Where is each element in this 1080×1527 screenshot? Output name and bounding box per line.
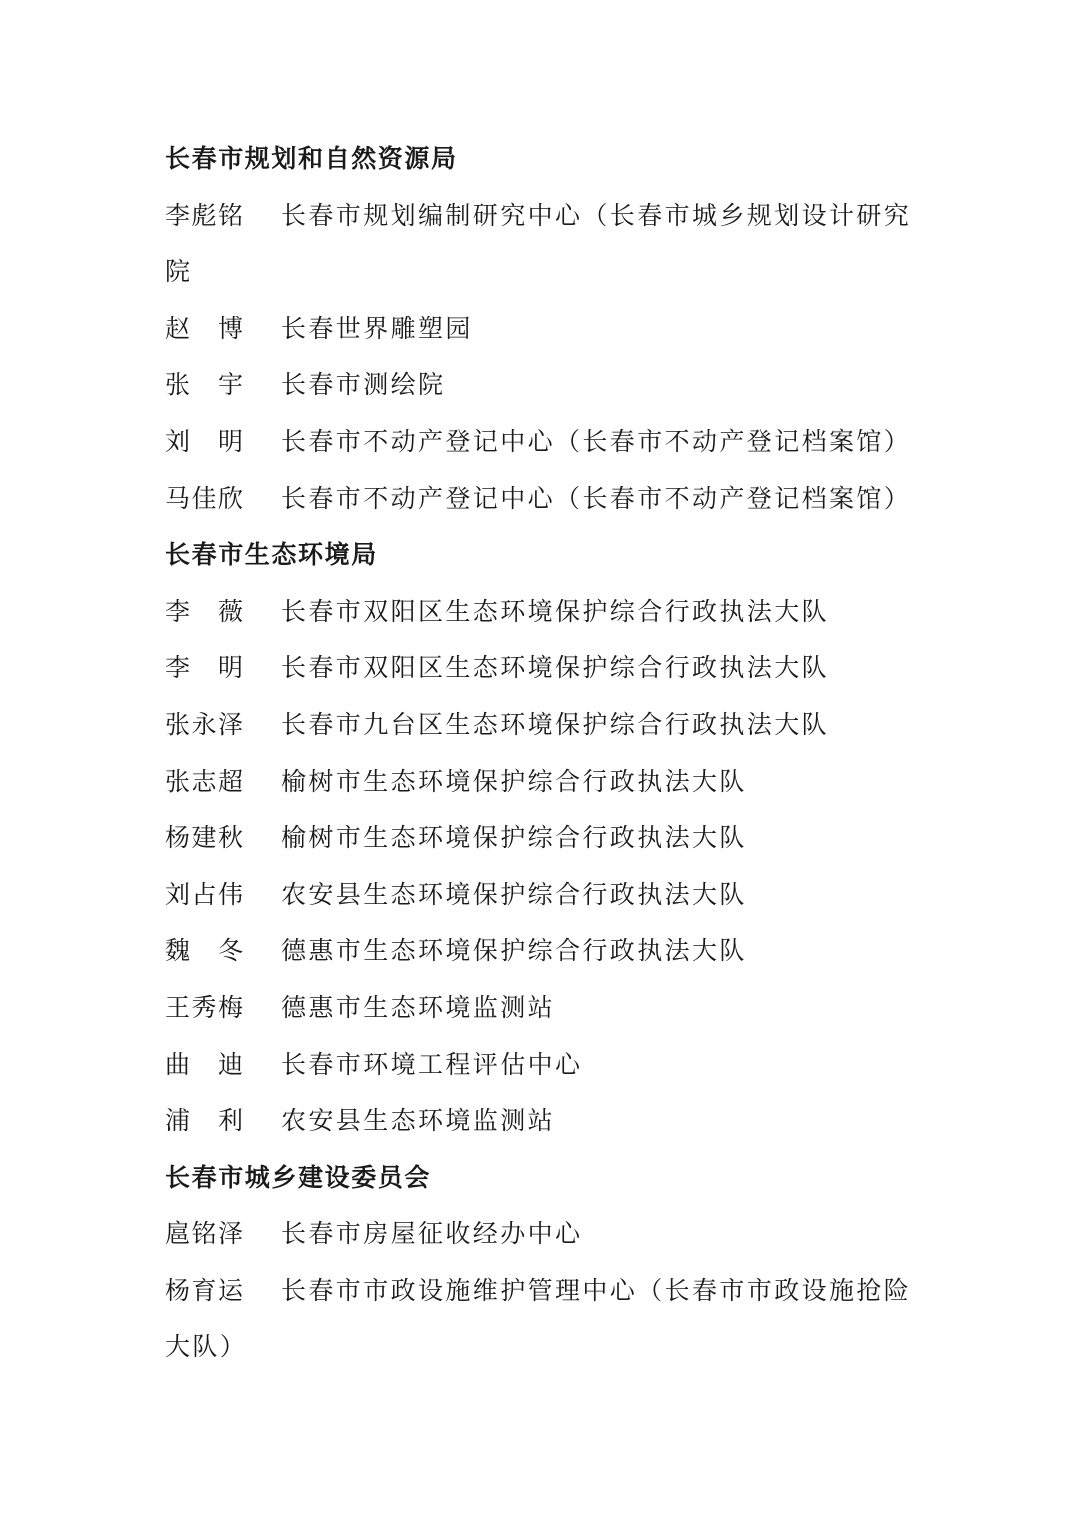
section-title: 长春市生态环境局 xyxy=(165,527,925,584)
person-name: 刘明 xyxy=(165,414,281,471)
organization-continuation: 院 xyxy=(165,244,925,301)
organization: 长春市不动产登记中心（长春市不动产登记档案馆） xyxy=(281,471,911,528)
list-item: 扈铭泽 长春市房屋征收经办中心 xyxy=(165,1206,925,1263)
person-name: 魏冬 xyxy=(165,923,281,980)
organization: 榆树市生态环境保护综合行政执法大队 xyxy=(281,754,747,811)
list-item: 刘占伟 农安县生态环境保护综合行政执法大队 xyxy=(165,867,925,924)
organization: 长春市九台区生态环境保护综合行政执法大队 xyxy=(281,697,829,754)
person-name: 曲迪 xyxy=(165,1037,281,1094)
organization: 长春市双阳区生态环境保护综合行政执法大队 xyxy=(281,584,829,641)
list-item: 马佳欣 长春市不动产登记中心（长春市不动产登记档案馆） xyxy=(165,471,925,528)
person-name: 李薇 xyxy=(165,584,281,641)
list-item: 张永泽 长春市九台区生态环境保护综合行政执法大队 xyxy=(165,697,925,754)
organization: 德惠市生态环境保护综合行政执法大队 xyxy=(281,923,747,980)
organization-continuation: 大队） xyxy=(165,1319,925,1376)
person-name: 马佳欣 xyxy=(165,471,281,528)
person-name: 杨建秋 xyxy=(165,810,281,867)
organization: 长春市房屋征收经办中心 xyxy=(281,1206,582,1263)
person-name: 张志超 xyxy=(165,754,281,811)
organization: 榆树市生态环境保护综合行政执法大队 xyxy=(281,810,747,867)
person-name: 扈铭泽 xyxy=(165,1206,281,1263)
list-item: 魏冬 德惠市生态环境保护综合行政执法大队 xyxy=(165,923,925,980)
organization: 长春市测绘院 xyxy=(281,357,445,414)
person-name: 王秀梅 xyxy=(165,980,281,1037)
list-item: 曲迪 长春市环境工程评估中心 xyxy=(165,1037,925,1094)
organization: 德惠市生态环境监测站 xyxy=(281,980,555,1037)
person-name: 张宇 xyxy=(165,357,281,414)
organization: 长春市不动产登记中心（长春市不动产登记档案馆） xyxy=(281,414,911,471)
list-item: 王秀梅 德惠市生态环境监测站 xyxy=(165,980,925,1037)
organization: 长春市双阳区生态环境保护综合行政执法大队 xyxy=(281,640,829,697)
section-title: 长春市城乡建设委员会 xyxy=(165,1150,925,1207)
list-item: 李彪铭 长春市规划编制研究中心（长春市城乡规划设计研究 xyxy=(165,188,925,245)
person-name: 赵博 xyxy=(165,301,281,358)
organization: 长春市市政设施维护管理中心（长春市市政设施抢险 xyxy=(281,1263,911,1320)
section-title: 长春市规划和自然资源局 xyxy=(165,131,925,188)
person-name: 浦利 xyxy=(165,1093,281,1150)
organization: 长春世界雕塑园 xyxy=(281,301,473,358)
person-name: 张永泽 xyxy=(165,697,281,754)
list-item: 刘明 长春市不动产登记中心（长春市不动产登记档案馆） xyxy=(165,414,925,471)
list-item: 赵博 长春世界雕塑园 xyxy=(165,301,925,358)
person-name: 李明 xyxy=(165,640,281,697)
list-item: 杨育运 长春市市政设施维护管理中心（长春市市政设施抢险 xyxy=(165,1263,925,1320)
person-name: 李彪铭 xyxy=(165,188,281,245)
person-name: 刘占伟 xyxy=(165,867,281,924)
list-item: 浦利 农安县生态环境监测站 xyxy=(165,1093,925,1150)
list-item: 杨建秋 榆树市生态环境保护综合行政执法大队 xyxy=(165,810,925,867)
person-name: 杨育运 xyxy=(165,1263,281,1320)
list-item: 李薇 长春市双阳区生态环境保护综合行政执法大队 xyxy=(165,584,925,641)
list-item: 张志超 榆树市生态环境保护综合行政执法大队 xyxy=(165,754,925,811)
list-item: 李明 长春市双阳区生态环境保护综合行政执法大队 xyxy=(165,640,925,697)
organization: 长春市环境工程评估中心 xyxy=(281,1037,582,1094)
organization: 农安县生态环境保护综合行政执法大队 xyxy=(281,867,747,924)
list-item: 张宇 长春市测绘院 xyxy=(165,357,925,414)
organization: 农安县生态环境监测站 xyxy=(281,1093,555,1150)
document-page: 长春市规划和自然资源局 李彪铭 长春市规划编制研究中心（长春市城乡规划设计研究 … xyxy=(165,131,925,1376)
organization: 长春市规划编制研究中心（长春市城乡规划设计研究 xyxy=(281,188,911,245)
